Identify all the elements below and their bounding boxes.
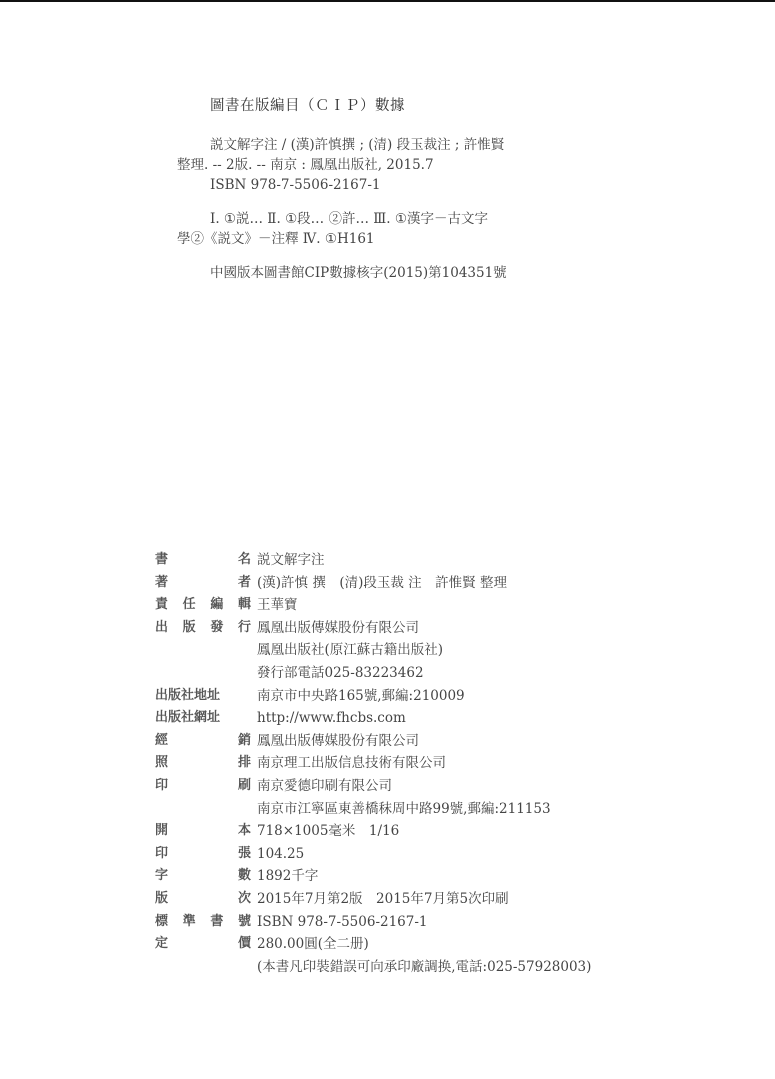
colophon-row: 南京市江寧區東善橋秣周中路99號,郵編:211153: [155, 798, 625, 821]
colophon-label-char: 張: [238, 843, 251, 866]
colophon-value: (本書凡印裝錯誤可向承印廠調换,電話:025-57928003): [257, 956, 591, 979]
colophon-row: 著者(漢)許慎 撰 (清)段玉裁 注 許惟賢 整理: [155, 572, 625, 595]
colophon-row: 照排南京理工出版信息技術有限公司: [155, 752, 625, 775]
colophon-row: 責任編輯王華寶: [155, 594, 625, 617]
colophon-row: 書名説文解字注: [155, 549, 625, 572]
colophon-label: [155, 798, 251, 821]
colophon-label-char: 版: [183, 617, 196, 640]
colophon-label-char: 者: [238, 572, 251, 595]
colophon-label-char: 經: [155, 730, 168, 753]
cip-line-1: 説文解字注 / (漢)許慎撰 ; (清) 段玉裁注 ; 許惟賢: [177, 135, 617, 155]
colophon-value: 718×1005毫米 1/16: [257, 820, 399, 843]
colophon-label-char: 出版社地址: [155, 685, 220, 708]
colophon-value: 280.00圓(全二册): [257, 933, 369, 956]
colophon-label-char: 號: [238, 911, 251, 934]
colophon-row: 字數1892千字: [155, 865, 625, 888]
colophon-row: 出版社網址http://www.fhcbs.com: [155, 707, 625, 730]
colophon-value: 南京市江寧區東善橋秣周中路99號,郵編:211153: [257, 798, 551, 821]
colophon-label-char: 書: [210, 911, 223, 934]
colophon-label: 定價: [155, 933, 251, 956]
cip-number: 中國版本圖書館CIP數據核字(2015)第104351號: [177, 263, 617, 283]
colophon-row: 標準書號ISBN 978-7-5506-2167-1: [155, 911, 625, 934]
colophon-value: 發行部電話025-83223462: [257, 662, 424, 685]
colophon-value: 鳳凰出版社(原江蘇古籍出版社): [257, 639, 443, 662]
colophon-label: 出版發行: [155, 617, 251, 640]
colophon-value: 南京理工出版信息技術有限公司: [257, 752, 446, 775]
colophon-value: 2015年7月第2版 2015年7月第5次印刷: [257, 888, 509, 911]
colophon-label: 開本: [155, 820, 251, 843]
cip-isbn: ISBN 978-7-5506-2167-1: [177, 175, 617, 195]
colophon-row: 印張104.25: [155, 843, 625, 866]
colophon-label: 出版社網址: [155, 707, 251, 730]
colophon-label-char: 出版社網址: [155, 707, 220, 730]
colophon-value: 南京市中央路165號,郵編:210009: [257, 685, 465, 708]
colophon-row: 出版發行鳳凰出版傳媒股份有限公司: [155, 617, 625, 640]
colophon-label-char: 輯: [238, 594, 251, 617]
cip-title: 圖書在版編目（ＣＩＰ）數據: [210, 95, 617, 117]
colophon-label-char: 排: [238, 752, 251, 775]
colophon-row: 版次2015年7月第2版 2015年7月第5次印刷: [155, 888, 625, 911]
colophon-label-char: 版: [155, 888, 168, 911]
colophon-label: 經銷: [155, 730, 251, 753]
colophon-label: 字數: [155, 865, 251, 888]
cip-line-2: 整理. -- 2版. -- 南京 : 鳳凰出版社, 2015.7: [177, 155, 617, 175]
colophon-label-char: 任: [183, 594, 196, 617]
cip-block: 圖書在版編目（ＣＩＰ）數據 説文解字注 / (漢)許慎撰 ; (清) 段玉裁注 …: [177, 95, 617, 283]
colophon-label: 印張: [155, 843, 251, 866]
colophon-label-char: 編: [210, 594, 223, 617]
colophon-value: 南京愛德印刷有限公司: [257, 775, 392, 798]
colophon-label-char: 次: [238, 888, 251, 911]
colophon-value: 104.25: [257, 843, 304, 866]
colophon-row: 開本718×1005毫米 1/16: [155, 820, 625, 843]
colophon-value: ISBN 978-7-5506-2167-1: [257, 911, 428, 934]
colophon-value: 王華寶: [257, 594, 298, 617]
colophon-label: 標準書號: [155, 911, 251, 934]
colophon-row: 印刷南京愛德印刷有限公司: [155, 775, 625, 798]
colophon-label-char: 責: [155, 594, 168, 617]
colophon-label: 責任編輯: [155, 594, 251, 617]
colophon-value: 1892千字: [257, 865, 318, 888]
colophon-label-char: 銷: [238, 730, 251, 753]
colophon-label-char: 刷: [238, 775, 251, 798]
page-top-border: [0, 0, 775, 2]
colophon-row: 發行部電話025-83223462: [155, 662, 625, 685]
colophon-label-char: 本: [238, 820, 251, 843]
colophon-row: (本書凡印裝錯誤可向承印廠調换,電話:025-57928003): [155, 956, 625, 979]
colophon-label-char: 數: [238, 865, 251, 888]
colophon-label-char: 行: [238, 617, 251, 640]
colophon-label-char: 定: [155, 933, 168, 956]
colophon-label-char: 字: [155, 865, 168, 888]
colophon-label-char: 名: [238, 549, 251, 572]
colophon-label-char: 著: [155, 572, 168, 595]
colophon-label-char: 標: [155, 911, 168, 934]
colophon-value: 鳳凰出版傳媒股份有限公司: [257, 730, 419, 753]
colophon-table: 書名説文解字注著者(漢)許慎 撰 (清)段玉裁 注 許惟賢 整理責任編輯王華寶出…: [155, 549, 625, 978]
colophon-label: 著者: [155, 572, 251, 595]
colophon-label-char: 開: [155, 820, 168, 843]
colophon-label: [155, 639, 251, 662]
colophon-label: 照排: [155, 752, 251, 775]
cip-class-1: Ⅰ. ①説… Ⅱ. ①段… ②許… Ⅲ. ①漢字－古文字: [177, 209, 617, 229]
colophon-label-char: 價: [238, 933, 251, 956]
colophon-label-char: 印: [155, 843, 168, 866]
colophon-value: 説文解字注: [257, 549, 325, 572]
colophon-row: 經銷鳳凰出版傳媒股份有限公司: [155, 730, 625, 753]
colophon-value: 鳳凰出版傳媒股份有限公司: [257, 617, 419, 640]
colophon-label-char: 印: [155, 775, 168, 798]
colophon-label-char: 準: [183, 911, 196, 934]
colophon-label-char: 照: [155, 752, 168, 775]
colophon-label: 書名: [155, 549, 251, 572]
colophon-label: 出版社地址: [155, 685, 251, 708]
colophon-label: [155, 956, 251, 979]
colophon-label-char: 出: [155, 617, 168, 640]
colophon-label: [155, 662, 251, 685]
colophon-label: 版次: [155, 888, 251, 911]
colophon-value: (漢)許慎 撰 (清)段玉裁 注 許惟賢 整理: [257, 572, 507, 595]
colophon-label-char: 書: [155, 549, 168, 572]
colophon-row: 鳳凰出版社(原江蘇古籍出版社): [155, 639, 625, 662]
colophon-value: http://www.fhcbs.com: [257, 707, 406, 730]
colophon-label-char: 發: [210, 617, 223, 640]
colophon-row: 定價280.00圓(全二册): [155, 933, 625, 956]
colophon-label: 印刷: [155, 775, 251, 798]
colophon-row: 出版社地址南京市中央路165號,郵編:210009: [155, 685, 625, 708]
cip-class-2: 學②《説文》－注釋 Ⅳ. ①H161: [177, 229, 617, 249]
